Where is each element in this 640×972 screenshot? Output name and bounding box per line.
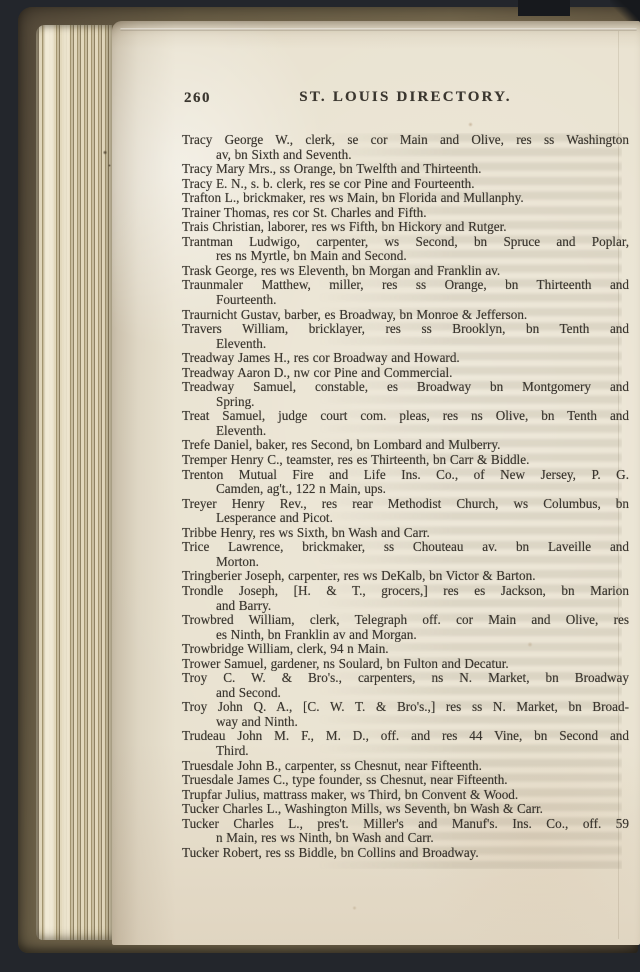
entry-line: Traurnicht Gustav, barber, es Broadway, … — [182, 308, 629, 323]
entry-line: Trafton L., brickmaker, res ws Main, bn … — [182, 191, 629, 206]
entry-line: n Main, res ws Ninth, bn Wash and Carr. — [182, 831, 629, 846]
entry-line: Trice Lawrence, brickmaker, ss Chouteau … — [182, 540, 629, 555]
directory-entry: Tremper Henry C., teamster, res es Thirt… — [182, 453, 629, 468]
entry-line: av, bn Sixth and Seventh. — [182, 148, 629, 163]
page-number: 260 — [184, 90, 211, 107]
entry-line: res ns Myrtle, bn Main and Second. — [182, 249, 629, 264]
page-title: ST. LOUIS DIRECTORY. — [182, 89, 629, 106]
directory-entry: Trainer Thomas, res cor St. Charles and … — [182, 206, 629, 221]
entry-line: Tringberier Joseph, carpenter, res ws De… — [182, 569, 629, 584]
directory-entry: Tucker Robert, res ss Biddle, bn Collins… — [182, 846, 629, 861]
binding-shadow-notch — [518, 0, 570, 16]
entry-line: Truesdale James C., type founder, ss Che… — [182, 773, 629, 788]
entry-line: Treat Samuel, judge court com. pleas, re… — [182, 409, 629, 424]
directory-entry: Trowbred William, clerk, Telegraph off. … — [182, 613, 629, 642]
entry-line: Third. — [182, 744, 629, 759]
directory-entry: Trenton Mutual Fire and Life Ins. Co., o… — [182, 468, 629, 497]
entry-line: Troy John Q. A., [C. W. T. & Bro's.,] re… — [182, 700, 629, 715]
entry-line: Trower Samuel, gardener, ns Soulard, bn … — [182, 657, 629, 672]
directory-entry: Treadway Samuel, constable, es Broadway … — [182, 380, 629, 409]
entry-line: Treyer Henry Rev., res rear Methodist Ch… — [182, 497, 629, 512]
entry-line: Eleventh. — [182, 337, 629, 352]
entry-line: Trantman Ludwigo, carpenter, ws Second, … — [182, 235, 629, 250]
directory-entry: Truesdale James C., type founder, ss Che… — [182, 773, 629, 788]
entry-line: Tracy Mary Mrs., ss Orange, bn Twelfth a… — [182, 162, 629, 177]
entry-line: Tucker Charles L., Washington Mills, ws … — [182, 802, 629, 817]
directory-entry: Traunmaler Matthew, miller, res ss Orang… — [182, 278, 629, 307]
page-edge-stack — [36, 25, 114, 940]
entry-line: es Ninth, bn Franklin av and Morgan. — [182, 628, 629, 643]
directory-entry: Trondle Joseph, [H. & T., grocers,] res … — [182, 584, 629, 613]
directory-entry: Trais Christian, laborer, res ws Fifth, … — [182, 220, 629, 235]
entry-line: Trenton Mutual Fire and Life Ins. Co., o… — [182, 468, 629, 483]
directory-entry: Treat Samuel, judge court com. pleas, re… — [182, 409, 629, 438]
entry-line: Tremper Henry C., teamster, res es Thirt… — [182, 453, 629, 468]
entry-line: Trefe Daniel, baker, res Second, bn Lomb… — [182, 438, 629, 453]
entry-line: Camden, ag't., 122 n Main, ups. — [182, 482, 629, 497]
directory-entry: Trice Lawrence, brickmaker, ss Chouteau … — [182, 540, 629, 569]
entry-line: Truesdale John B., carpenter, ss Chesnut… — [182, 759, 629, 774]
entry-line: Trainer Thomas, res cor St. Charles and … — [182, 206, 629, 221]
entry-line: Tucker Robert, res ss Biddle, bn Collins… — [182, 846, 629, 861]
entry-line: Traunmaler Matthew, miller, res ss Orang… — [182, 278, 629, 293]
page-header: 260 ST. LOUIS DIRECTORY. — [182, 89, 629, 109]
directory-entry: Trantman Ludwigo, carpenter, ws Second, … — [182, 235, 629, 264]
entry-line: Tracy George W., clerk, se cor Main and … — [182, 133, 629, 148]
entry-line: Trais Christian, laborer, res ws Fifth, … — [182, 220, 629, 235]
directory-entries: Tracy George W., clerk, se cor Main and … — [182, 133, 629, 860]
directory-entry: Tucker Charles L., pres't. Miller's and … — [182, 817, 629, 846]
entry-line: Spring. — [182, 395, 629, 410]
entry-line: Treadway James H., res cor Broadway and … — [182, 351, 629, 366]
directory-entry: Tracy E. N., s. b. clerk, res se cor Pin… — [182, 177, 629, 192]
entry-line: Tracy E. N., s. b. clerk, res se cor Pin… — [182, 177, 629, 192]
directory-entry: Troy C. W. & Bro's., carpenters, ns N. M… — [182, 671, 629, 700]
directory-entry: Tucker Charles L., Washington Mills, ws … — [182, 802, 629, 817]
entry-line: and Second. — [182, 686, 629, 701]
entry-line: Trudeau John M. F., M. D., off. and res … — [182, 729, 629, 744]
entry-line: Lesperance and Picot. — [182, 511, 629, 526]
directory-entry: Treyer Henry Rev., res rear Methodist Ch… — [182, 497, 629, 526]
entry-line: Tribbe Henry, res ws Sixth, bn Wash and … — [182, 526, 629, 541]
directory-entry: Troy John Q. A., [C. W. T. & Bro's.,] re… — [182, 700, 629, 729]
entry-line: Trondle Joseph, [H. & T., grocers,] res … — [182, 584, 629, 599]
entry-line: Troy C. W. & Bro's., carpenters, ns N. M… — [182, 671, 629, 686]
entry-line: Trowbridge William, clerk, 94 n Main. — [182, 642, 629, 657]
directory-entry: Trower Samuel, gardener, ns Soulard, bn … — [182, 657, 629, 672]
directory-entry: Treadway Aaron D., nw cor Pine and Comme… — [182, 366, 629, 381]
entry-line: Morton. — [182, 555, 629, 570]
entry-line: and Barry. — [182, 599, 629, 614]
directory-entry: Trefe Daniel, baker, res Second, bn Lomb… — [182, 438, 629, 453]
entry-line: Travers William, bricklayer, res ss Broo… — [182, 322, 629, 337]
directory-entry: Traurnicht Gustav, barber, es Broadway, … — [182, 308, 629, 323]
entry-line: Eleventh. — [182, 424, 629, 439]
entry-line: Fourteenth. — [182, 293, 629, 308]
book-page: 260 ST. LOUIS DIRECTORY. Tracy George W.… — [112, 21, 640, 945]
directory-entry: Trowbridge William, clerk, 94 n Main. — [182, 642, 629, 657]
directory-entry: Trudeau John M. F., M. D., off. and res … — [182, 729, 629, 758]
entry-line: way and Ninth. — [182, 715, 629, 730]
entry-line: Trask George, res ws Eleventh, bn Morgan… — [182, 264, 629, 279]
entry-line: Trowbred William, clerk, Telegraph off. … — [182, 613, 629, 628]
directory-entry: Tracy George W., clerk, se cor Main and … — [182, 133, 629, 162]
entry-line: Trupfar Julius, mattrass maker, ws Third… — [182, 788, 629, 803]
entry-line: Tucker Charles L., pres't. Miller's and … — [182, 817, 629, 832]
book-backdrop: { "colors": { "backdrop": "#23262c", "co… — [0, 0, 640, 972]
directory-entry: Truesdale John B., carpenter, ss Chesnut… — [182, 759, 629, 774]
directory-entry: Tringberier Joseph, carpenter, res ws De… — [182, 569, 629, 584]
directory-entry: Travers William, bricklayer, res ss Broo… — [182, 322, 629, 351]
entry-line: Treadway Aaron D., nw cor Pine and Comme… — [182, 366, 629, 381]
entry-line: Treadway Samuel, constable, es Broadway … — [182, 380, 629, 395]
directory-entry: Trask George, res ws Eleventh, bn Morgan… — [182, 264, 629, 279]
directory-entry: Trupfar Julius, mattrass maker, ws Third… — [182, 788, 629, 803]
directory-entry: Tracy Mary Mrs., ss Orange, bn Twelfth a… — [182, 162, 629, 177]
directory-entry: Tribbe Henry, res ws Sixth, bn Wash and … — [182, 526, 629, 541]
directory-entry: Trafton L., brickmaker, res ws Main, bn … — [182, 191, 629, 206]
directory-entry: Treadway James H., res cor Broadway and … — [182, 351, 629, 366]
